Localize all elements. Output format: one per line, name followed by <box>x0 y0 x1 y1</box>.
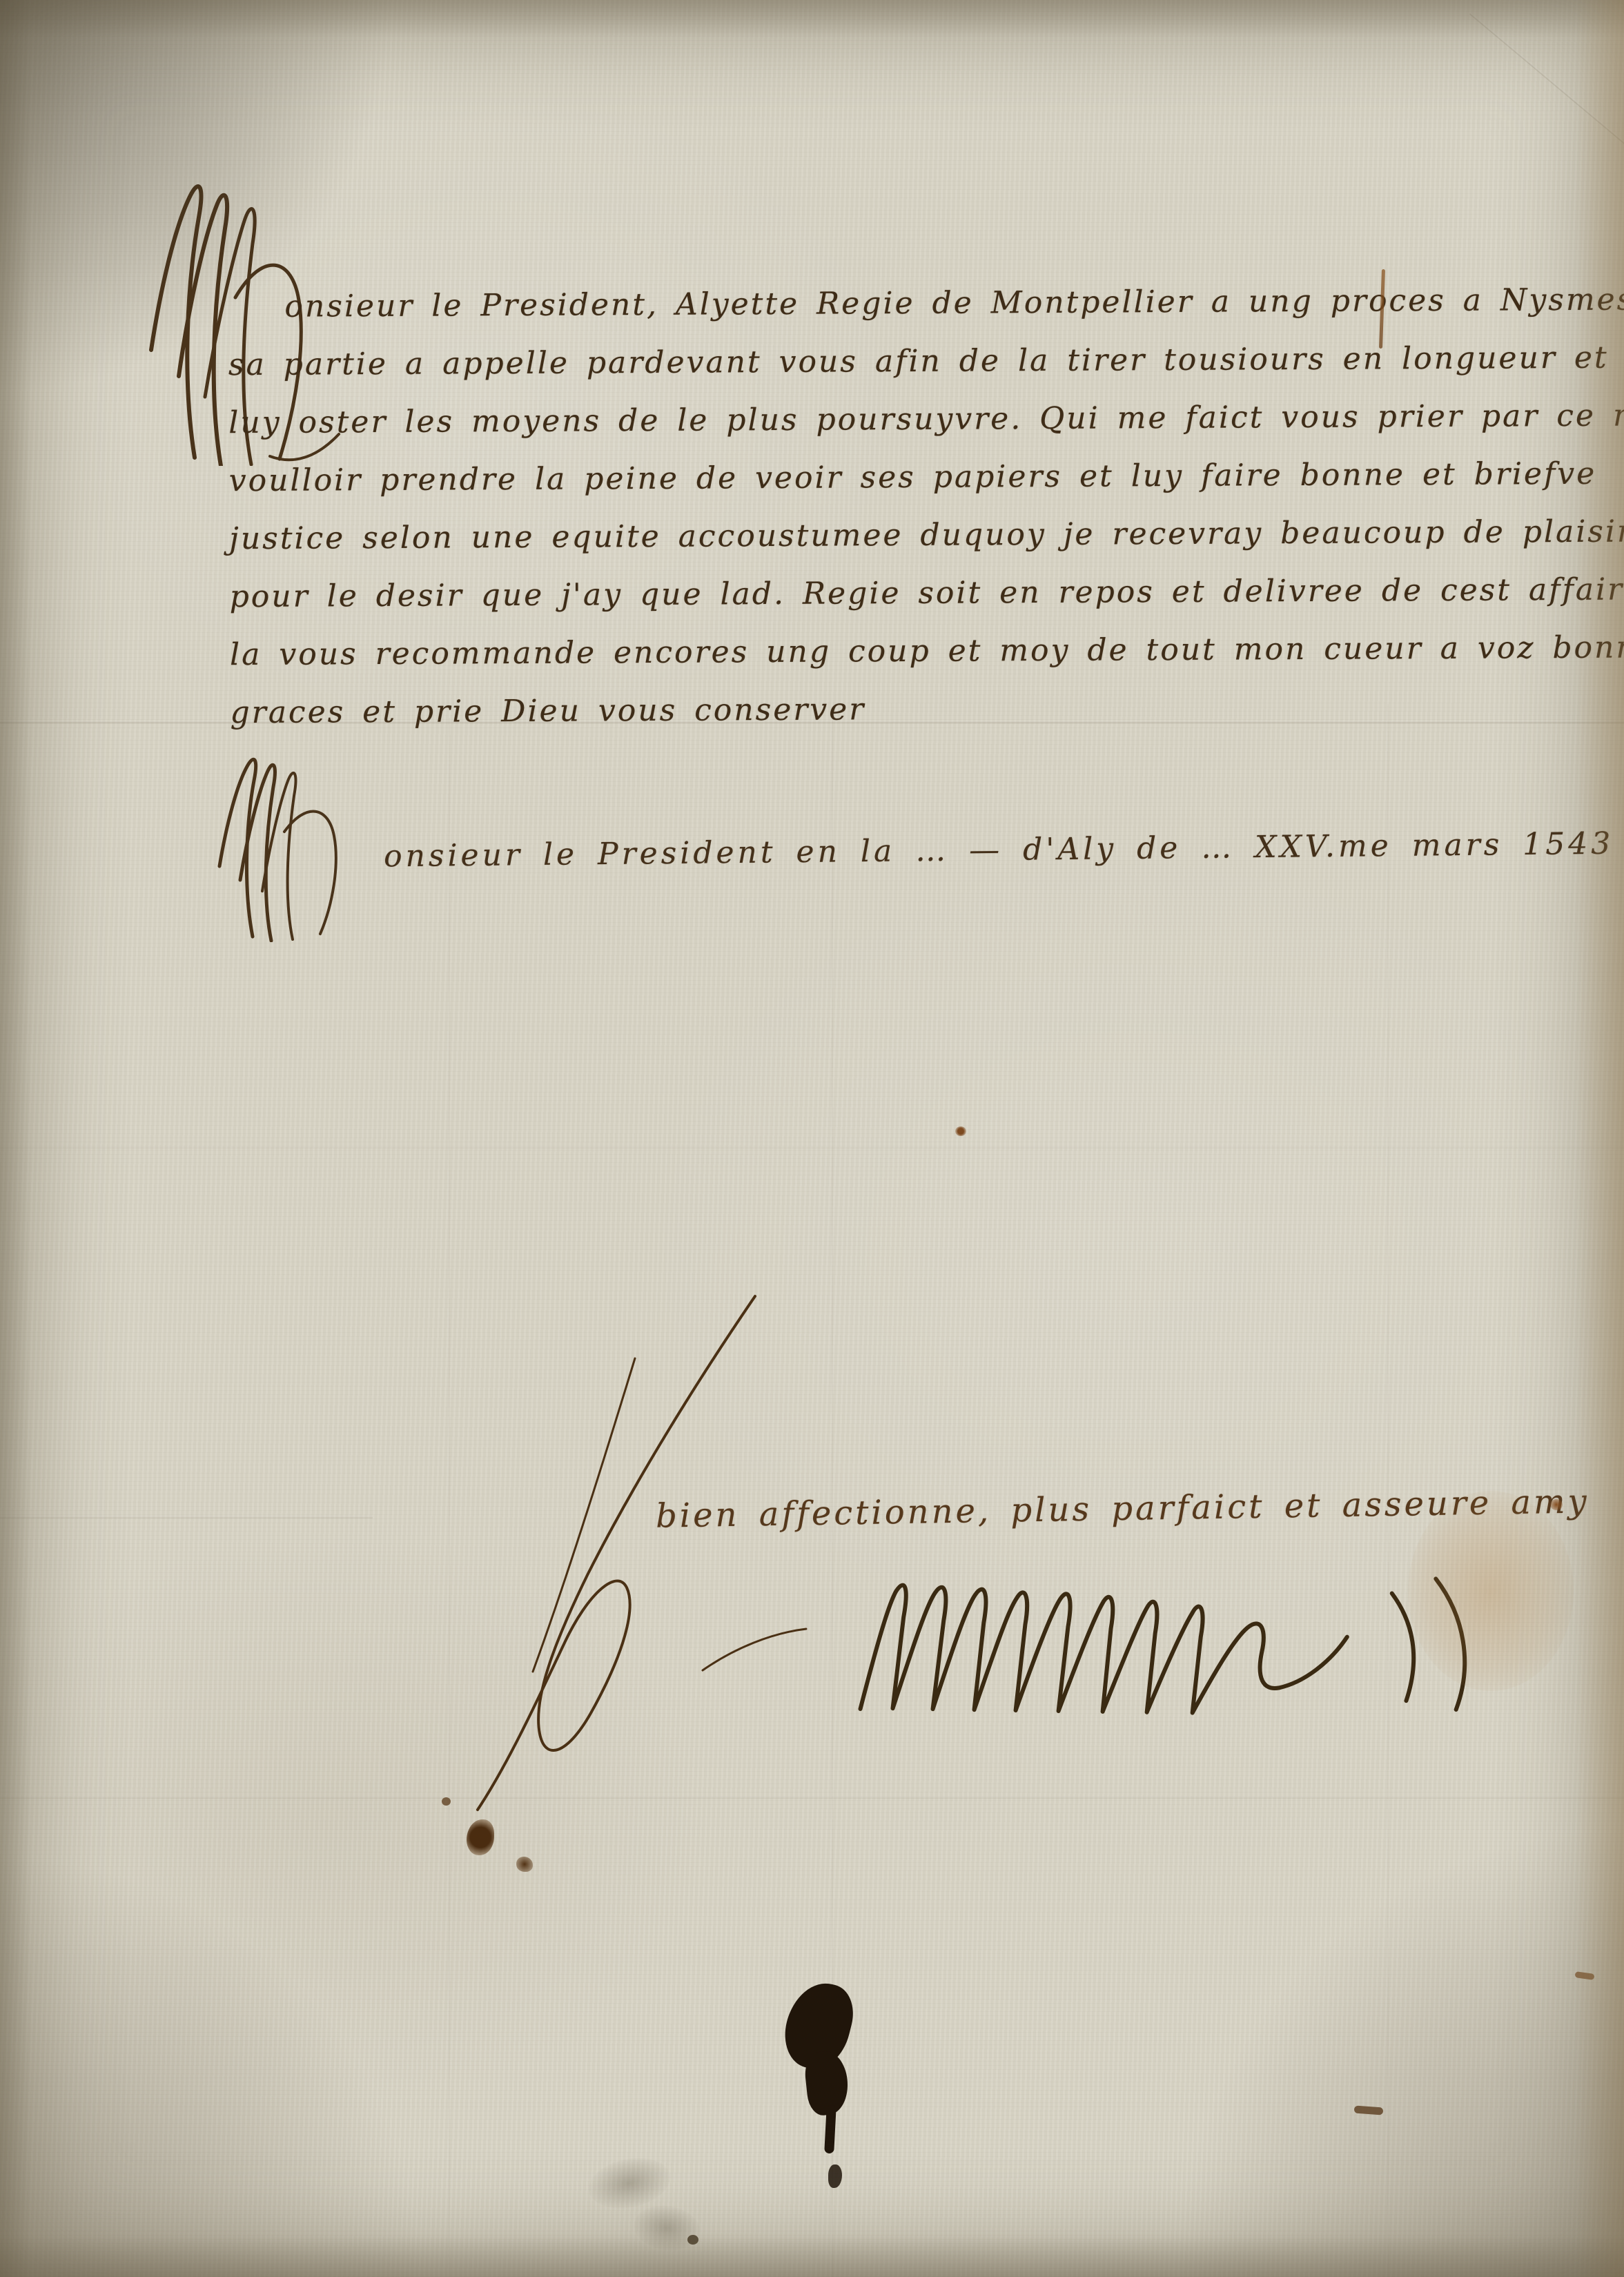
photo-vignette <box>0 0 1624 2277</box>
manuscript-letter-photo: onsieur le President, Alyette Regie de M… <box>0 0 1624 2277</box>
